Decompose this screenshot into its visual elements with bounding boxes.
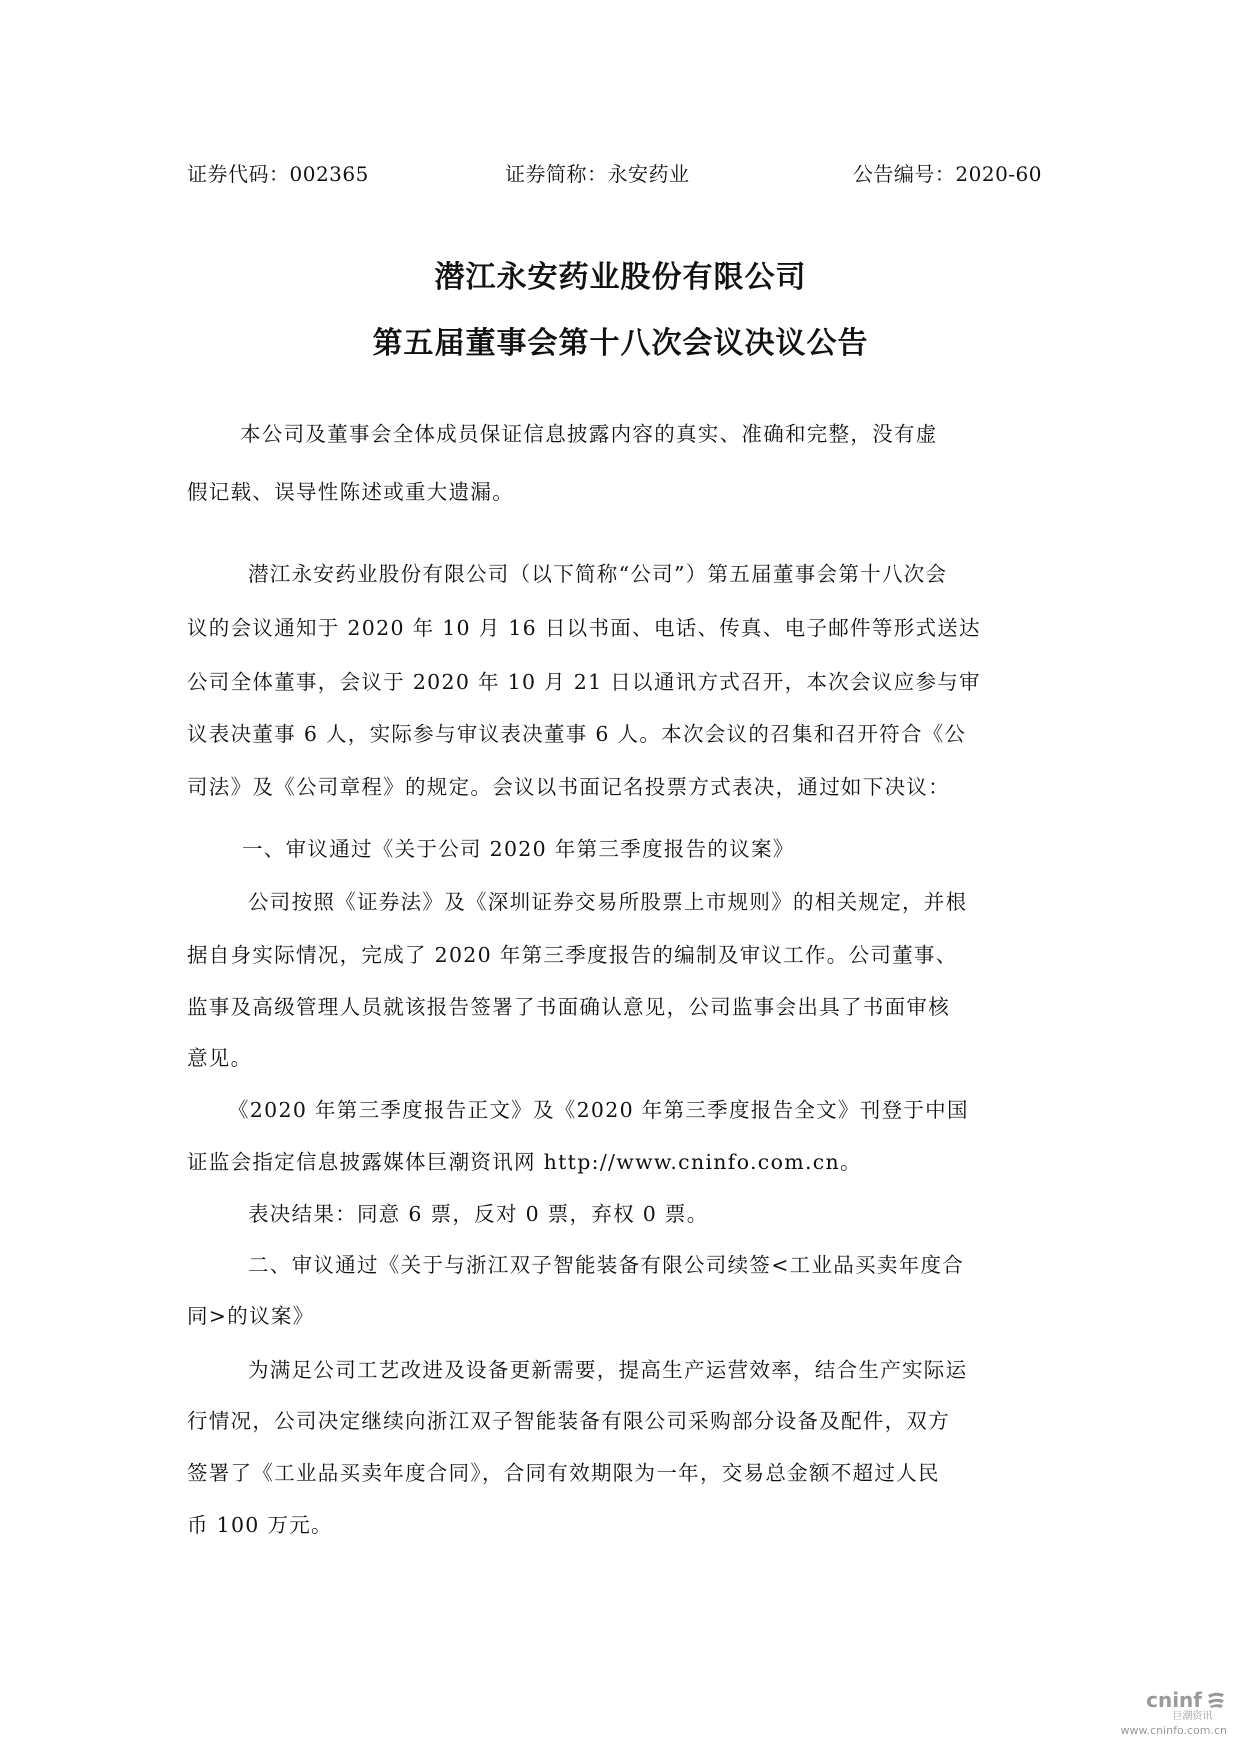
publication-line: 《2020 年第三季度报告正文》及《2020 年第三季度报告全文》刊登于中国 — [228, 1094, 1083, 1126]
resolution-1-line: 据自身实际情况，完成了 2020 年第三季度报告的编制及审议工作。公司董事、 — [187, 939, 1042, 971]
intro-line: 议的会议通知于 2020 年 10 月 16 日以书面、电话、传真、电子邮件等形… — [187, 612, 1042, 644]
stock-abbreviation: 证券简称：永安药业 — [505, 158, 690, 190]
document-page: 证券代码：002365 证券简称：永安药业 公告编号：2020-60 潜江永安药… — [0, 0, 1241, 1754]
intro-line: 公司全体董事，会议于 2020 年 10 月 21 日以通讯方式召开，本次会议应… — [187, 666, 1042, 698]
resolution-2-line: 为满足公司工艺改进及设备更新需要，提高生产运营效率，结合生产实际运 — [248, 1354, 1103, 1386]
cninfo-watermark: cninf 巨潮资讯 www.cninfo.com.cn — [1120, 1690, 1235, 1750]
intro-line: 议表决董事 6 人，实际参与审议表决董事 6 人。本次会议的召集和召开符合《公 — [187, 718, 1042, 750]
cninfo-logo: cninf — [1120, 1690, 1235, 1710]
resolution-2-heading: 二、审议通过《关于与浙江双子智能装备有限公司续签<工业品买卖年度合 — [248, 1249, 1103, 1281]
vote-result: 表决结果：同意 6 票，反对 0 票，弃权 0 票。 — [248, 1198, 1103, 1230]
resolution-2-line: 签署了《工业品买卖年度合同》，合同有效期限为一年，交易总金额不超过人民 — [187, 1457, 1042, 1489]
statement-line: 本公司及董事会全体成员保证信息披露内容的真实、准确和完整，没有虚 — [240, 418, 1095, 450]
cninfo-brand-cn: 巨潮资讯 — [1120, 1710, 1235, 1724]
stock-code: 证券代码：002365 — [187, 158, 369, 190]
resolution-1-line: 意见。 — [187, 1042, 1042, 1074]
resolution-1-line: 监事及高级管理人员就该报告签署了书面确认意见，公司监事会出具了书面审核 — [187, 991, 1042, 1023]
resolution-1-line: 公司按照《证券法》及《深圳证券交易所股票上市规则》的相关规定，并根 — [248, 886, 1103, 918]
intro-line: 司法》及《公司章程》的规定。会议以书面记名投票方式表决，通过如下决议： — [187, 771, 1042, 803]
announcement-header: 证券代码：002365 证券简称：永安药业 公告编号：2020-60 — [187, 158, 1042, 190]
cninfo-url: www.cninfo.com.cn — [1120, 1724, 1235, 1737]
resolution-2-line: 币 100 万元。 — [187, 1509, 1042, 1541]
announcement-title: 第五届董事会第十八次会议决议公告 — [0, 324, 1241, 364]
cninfo-brand-text: cninf — [1146, 1690, 1202, 1710]
cninfo-swirl-icon — [1205, 1691, 1227, 1709]
statement-line: 假记载、误导性陈述或重大遗漏。 — [187, 476, 1042, 508]
intro-line: 潜江永安药业股份有限公司（以下简称“公司”）第五届董事会第十八次会 — [248, 558, 1103, 590]
resolution-1-heading: 一、审议通过《关于公司 2020 年第三季度报告的议案》 — [242, 833, 1097, 865]
announcement-number: 公告编号：2020-60 — [853, 158, 1042, 190]
company-name-title: 潜江永安药业股份有限公司 — [0, 258, 1241, 298]
publication-line: 证监会指定信息披露媒体巨潮资讯网 http://www.cninfo.com.c… — [187, 1146, 1042, 1178]
resolution-2-heading: 同>的议案》 — [187, 1300, 1042, 1332]
resolution-2-line: 行情况，公司决定继续向浙江双子智能装备有限公司采购部分设备及配件，双方 — [187, 1405, 1042, 1437]
